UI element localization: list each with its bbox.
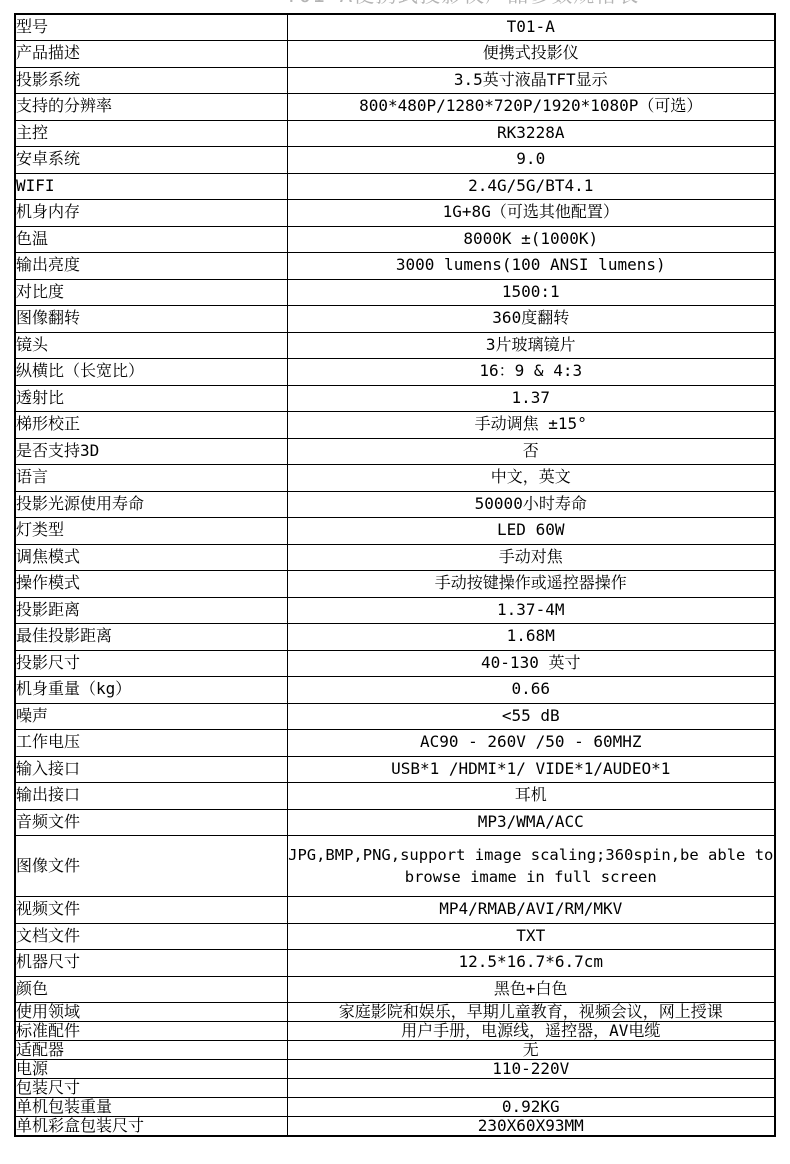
- spec-value: 否: [287, 438, 775, 465]
- spec-value: LED 60W: [287, 518, 775, 545]
- spec-value: 360度翻转: [287, 306, 775, 333]
- table-row: 透射比1.37: [15, 385, 775, 412]
- spec-value: 1.68M: [287, 624, 775, 651]
- table-row: 纵横比（长宽比）16：9 & 4:3: [15, 359, 775, 386]
- table-row: 语言中文，英文: [15, 465, 775, 492]
- spec-value: 110-220V: [287, 1060, 775, 1079]
- spec-value: 手动调焦 ±15°: [287, 412, 775, 439]
- spec-value: 3片玻璃镜片: [287, 332, 775, 359]
- spec-label: 文档文件: [15, 923, 287, 950]
- spec-label: 输出亮度: [15, 253, 287, 280]
- spec-value: 230X60X93MM: [287, 1117, 775, 1136]
- spec-value: 黑色+白色: [287, 976, 775, 1003]
- clipped-page-title: T01-A便携式投影仪产品参数规格表: [285, 0, 725, 8]
- spec-table-body: 型号T01-A产品描述便携式投影仪投影系统3.5英寸液晶TFT显示支持的分辨率8…: [15, 14, 775, 1136]
- spec-label: 投影系统: [15, 67, 287, 94]
- spec-value: RK3228A: [287, 120, 775, 147]
- spec-label: 产品描述: [15, 41, 287, 68]
- table-row: WIFI2.4G/5G/BT4.1: [15, 173, 775, 200]
- spec-value: USB*1 /HDMI*1/ VIDE*1/AUDEO*1: [287, 756, 775, 783]
- table-row: 输出接口耳机: [15, 783, 775, 810]
- spec-value: 50000小时寿命: [287, 491, 775, 518]
- spec-label: WIFI: [15, 173, 287, 200]
- table-row: 颜色黑色+白色: [15, 976, 775, 1003]
- table-row: 主控RK3228A: [15, 120, 775, 147]
- table-row: 图像翻转360度翻转: [15, 306, 775, 333]
- spec-label: 透射比: [15, 385, 287, 412]
- spec-label: 标准配件: [15, 1022, 287, 1041]
- table-row: 色温8000K ±(1000K): [15, 226, 775, 253]
- spec-label: 灯类型: [15, 518, 287, 545]
- spec-label: 型号: [15, 14, 287, 41]
- table-row: 机身重量（kg）0.66: [15, 677, 775, 704]
- table-row: 是否支持3D否: [15, 438, 775, 465]
- table-row: 机身内存1G+8G（可选其他配置）: [15, 200, 775, 227]
- spec-value: TXT: [287, 923, 775, 950]
- spec-label: 对比度: [15, 279, 287, 306]
- spec-value: 9.0: [287, 147, 775, 174]
- spec-value: 16：9 & 4:3: [287, 359, 775, 386]
- spec-value: <55 dB: [287, 703, 775, 730]
- spec-label: 机器尺寸: [15, 950, 287, 977]
- spec-value: 家庭影院和娱乐，早期儿童教育，视频会议，网上授课: [287, 1003, 775, 1022]
- spec-label: 图像翻转: [15, 306, 287, 333]
- spec-label: 梯形校正: [15, 412, 287, 439]
- spec-value: MP4/RMAB/AVI/RM/MKV: [287, 897, 775, 924]
- table-row: 灯类型LED 60W: [15, 518, 775, 545]
- spec-label: 投影光源使用寿命: [15, 491, 287, 518]
- table-row: 操作模式手动按键操作或遥控器操作: [15, 571, 775, 598]
- spec-value: 手动按键操作或遥控器操作: [287, 571, 775, 598]
- table-row: 文档文件TXT: [15, 923, 775, 950]
- table-row: 产品描述便携式投影仪: [15, 41, 775, 68]
- spec-value: AC90 - 260V /50 - 60MHZ: [287, 730, 775, 757]
- table-row: 机器尺寸12.5*16.7*6.7cm: [15, 950, 775, 977]
- spec-value: 0.92KG: [287, 1098, 775, 1117]
- spec-value: 手动对焦: [287, 544, 775, 571]
- spec-label: 最佳投影距离: [15, 624, 287, 651]
- spec-value: T01-A: [287, 14, 775, 41]
- spec-label: 单机彩盒包装尺寸: [15, 1117, 287, 1136]
- spec-label: 包装尺寸: [15, 1079, 287, 1098]
- spec-value: 3000 lumens(100 ANSI lumens): [287, 253, 775, 280]
- table-row: 投影系统3.5英寸液晶TFT显示: [15, 67, 775, 94]
- spec-label: 机身内存: [15, 200, 287, 227]
- table-row: 标准配件用户手册，电源线，遥控器，AV电缆: [15, 1022, 775, 1041]
- table-row: 投影光源使用寿命50000小时寿命: [15, 491, 775, 518]
- spec-label: 颜色: [15, 976, 287, 1003]
- spec-label: 使用领域: [15, 1003, 287, 1022]
- spec-label: 纵横比（长宽比）: [15, 359, 287, 386]
- table-row: 投影距离1.37-4M: [15, 597, 775, 624]
- table-row: 梯形校正手动调焦 ±15°: [15, 412, 775, 439]
- spec-value: 用户手册，电源线，遥控器，AV电缆: [287, 1022, 775, 1041]
- spec-value: 1500:1: [287, 279, 775, 306]
- spec-label: 支持的分辨率: [15, 94, 287, 121]
- spec-value: 0.66: [287, 677, 775, 704]
- table-row: 图像文件JPG,BMP,PNG,support image scaling;36…: [15, 836, 775, 897]
- table-row: 支持的分辨率800*480P/1280*720P/1920*1080P（可选）: [15, 94, 775, 121]
- table-row: 调焦模式手动对焦: [15, 544, 775, 571]
- spec-label: 电源: [15, 1060, 287, 1079]
- spec-value: 8000K ±(1000K): [287, 226, 775, 253]
- table-row: 使用领域家庭影院和娱乐，早期儿童教育，视频会议，网上授课: [15, 1003, 775, 1022]
- spec-label: 色温: [15, 226, 287, 253]
- spec-table: 型号T01-A产品描述便携式投影仪投影系统3.5英寸液晶TFT显示支持的分辨率8…: [14, 13, 776, 1137]
- table-row: 电源110-220V: [15, 1060, 775, 1079]
- spec-label: 投影尺寸: [15, 650, 287, 677]
- table-row: 对比度1500:1: [15, 279, 775, 306]
- spec-value: 800*480P/1280*720P/1920*1080P（可选）: [287, 94, 775, 121]
- table-row: 投影尺寸40-130 英寸: [15, 650, 775, 677]
- spec-value: 1G+8G（可选其他配置）: [287, 200, 775, 227]
- spec-label: 投影距离: [15, 597, 287, 624]
- spec-label: 主控: [15, 120, 287, 147]
- spec-value: 3.5英寸液晶TFT显示: [287, 67, 775, 94]
- spec-value: 中文，英文: [287, 465, 775, 492]
- table-row: 单机彩盒包装尺寸230X60X93MM: [15, 1117, 775, 1136]
- table-row: 音频文件MP3/WMA/ACC: [15, 809, 775, 836]
- spec-label: 输出接口: [15, 783, 287, 810]
- spec-value: 40-130 英寸: [287, 650, 775, 677]
- spec-sheet: T01-A便携式投影仪产品参数规格表 型号T01-A产品描述便携式投影仪投影系统…: [0, 0, 790, 1164]
- spec-label: 机身重量（kg）: [15, 677, 287, 704]
- table-row: 噪声<55 dB: [15, 703, 775, 730]
- spec-value: 12.5*16.7*6.7cm: [287, 950, 775, 977]
- spec-value: JPG,BMP,PNG,support image scaling;360spi…: [287, 836, 775, 897]
- spec-value: 2.4G/5G/BT4.1: [287, 173, 775, 200]
- spec-label: 噪声: [15, 703, 287, 730]
- table-row: 安卓系统9.0: [15, 147, 775, 174]
- table-row: 适配器无: [15, 1041, 775, 1060]
- table-row: 包装尺寸: [15, 1079, 775, 1098]
- spec-value: 便携式投影仪: [287, 41, 775, 68]
- spec-label: 图像文件: [15, 836, 287, 897]
- spec-label: 安卓系统: [15, 147, 287, 174]
- table-row: 输入接口USB*1 /HDMI*1/ VIDE*1/AUDEO*1: [15, 756, 775, 783]
- spec-label: 单机包装重量: [15, 1098, 287, 1117]
- table-row: 输出亮度3000 lumens(100 ANSI lumens): [15, 253, 775, 280]
- spec-value: 1.37-4M: [287, 597, 775, 624]
- spec-value: 耳机: [287, 783, 775, 810]
- spec-label: 工作电压: [15, 730, 287, 757]
- spec-value: [287, 1079, 775, 1098]
- spec-label: 音频文件: [15, 809, 287, 836]
- spec-label: 视频文件: [15, 897, 287, 924]
- spec-value: 1.37: [287, 385, 775, 412]
- table-row: 工作电压AC90 - 260V /50 - 60MHZ: [15, 730, 775, 757]
- spec-label: 语言: [15, 465, 287, 492]
- table-row: 单机包装重量0.92KG: [15, 1098, 775, 1117]
- spec-value: MP3/WMA/ACC: [287, 809, 775, 836]
- spec-label: 调焦模式: [15, 544, 287, 571]
- table-row: 最佳投影距离1.68M: [15, 624, 775, 651]
- spec-label: 镜头: [15, 332, 287, 359]
- table-row: 型号T01-A: [15, 14, 775, 41]
- clipped-page-title-text: T01-A便携式投影仪产品参数规格表: [285, 0, 725, 7]
- table-row: 视频文件MP4/RMAB/AVI/RM/MKV: [15, 897, 775, 924]
- spec-value: 无: [287, 1041, 775, 1060]
- spec-label: 输入接口: [15, 756, 287, 783]
- spec-label: 操作模式: [15, 571, 287, 598]
- spec-label: 适配器: [15, 1041, 287, 1060]
- spec-label: 是否支持3D: [15, 438, 287, 465]
- table-row: 镜头3片玻璃镜片: [15, 332, 775, 359]
